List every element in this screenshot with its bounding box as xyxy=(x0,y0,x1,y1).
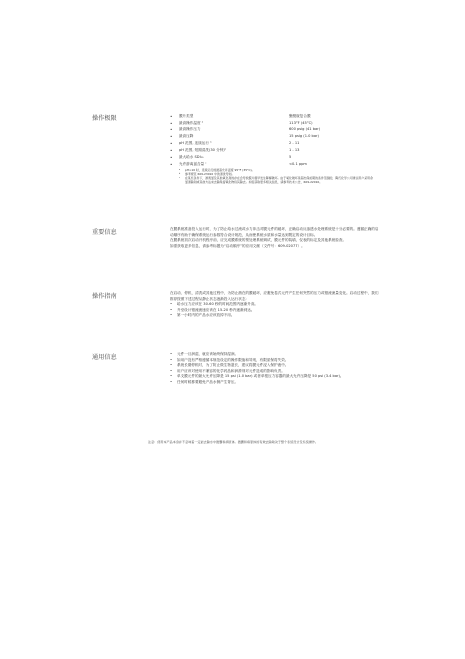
bullet-icon: • xyxy=(170,114,179,120)
spec-table: •膜片类型聚酰胺复合膜 •最高操作温度 ᵃ113°F (45°C) •最高操作压… xyxy=(170,113,382,185)
section-operating-guide: 操作指南 在启动、停机、清洗或其他过程中，为防止潜在的膜破坏，应避免卷式元件产生… xyxy=(92,291,382,341)
footnote-text: 在某些条件下，游离氯及其他氧化剂的存在会导致膜片提早发生降解破坏。由于氧化破坏是… xyxy=(185,176,375,184)
bullet-icon: • xyxy=(170,148,179,154)
bullet-icon: • xyxy=(170,121,179,127)
spec-value: <0.1 ppm xyxy=(289,162,382,168)
bullet-list: •给水压力应该在 30-60 秒的时间范围内逐渐升高。 •升至设计错流流速应该在… xyxy=(170,302,382,319)
spec-row: •膜片类型聚酰胺复合膜 xyxy=(170,113,382,120)
bullet-icon: • xyxy=(170,127,179,133)
section-body: •元件一旦润湿，就应该始终保持湿润。 •如用户没有严格遵循本规范设定的操作限值和… xyxy=(170,352,382,386)
bullet-icon: • xyxy=(170,141,179,147)
section-label: 操作极限 xyxy=(92,113,117,122)
spec-value: 1 - 13 xyxy=(289,148,382,154)
spec-row: •最高压降15 psig (1.0 bar) xyxy=(170,134,382,141)
spec-value: 5 xyxy=(289,155,382,161)
paragraph: 在膜系统准备投入运行时，为了防止给水过流或水力冲击对膜元件的破坏，正确启动反渗透… xyxy=(170,227,382,238)
spec-row: •最高操作温度 ᵃ113°F (45°C) xyxy=(170,120,382,127)
section-body: 在膜系统准备投入运行时，为了防止给水过流或水力冲击对膜元件的破坏，正确启动反渗透… xyxy=(170,227,382,249)
spec-name: 允许游离氯含量 ᶜ xyxy=(179,162,289,168)
list-item-text: 第一小时内的产品水应该放掉不用。 xyxy=(177,313,235,319)
footnote: ᶜ在某些条件下，游离氯及其他氧化剂的存在会导致膜片提早发生降解破坏。由于氧化破坏… xyxy=(170,176,382,184)
section-label: 操作指南 xyxy=(92,291,117,300)
list-item: •任何时候都要避免产品水侧产生背压。 xyxy=(170,380,382,386)
disclaimer-note: 注意：使用本产品本身并不意味着一定能去除水中微囊和病原体。微囊和病原体的有效去除… xyxy=(148,440,380,445)
spec-value: 15 psig (1.0 bar) xyxy=(289,134,382,140)
paragraph: 在启动、停机、清洗或其他过程中，为防止潜在的膜破坏，应避免卷式元件产生任何突然的… xyxy=(170,291,382,302)
section-important-info: 重要信息 在膜系统准备投入运行时，为了防止给水过流或水力冲击对膜元件的破坏，正确… xyxy=(92,227,382,277)
spec-row: •pH 范围, 短期清洗(30 分钟)ᵇ1 - 13 xyxy=(170,147,382,154)
bullet-icon: • xyxy=(170,380,177,386)
section-body: 在启动、停机、清洗或其他过程中，为防止潜在的膜破坏，应避免卷式元件产生任何突然的… xyxy=(170,291,382,319)
bullet-icon: • xyxy=(170,134,179,140)
spec-value: 113°F (45°C) xyxy=(289,121,382,127)
spec-name: pH 范围, 短期清洗(30 分钟)ᵇ xyxy=(179,148,289,154)
section-label: 通用信息 xyxy=(92,352,117,361)
section-operating-limits: 操作极限 •膜片类型聚酰胺复合膜 •最高操作温度 ᵃ113°F (45°C) •… xyxy=(92,113,382,213)
list-item: •第一小时内的产品水应该放掉不用。 xyxy=(170,313,382,319)
spec-name: pH 范围, 连续运行 ᵃ xyxy=(179,141,289,147)
spec-row: •最大给水 SDI₁₅5 xyxy=(170,154,382,161)
bullet-icon: • xyxy=(170,155,179,161)
spec-name: 膜片类型 xyxy=(179,114,289,120)
spec-row: •最高操作压力600 psig (41 bar) xyxy=(170,127,382,134)
spec-value: 2 - 11 xyxy=(289,141,382,147)
spec-name: 最高操作压力 xyxy=(179,127,289,133)
section-label: 重要信息 xyxy=(92,227,117,236)
spec-value: 600 psig (41 bar) xyxy=(289,127,382,133)
bullet-icon: • xyxy=(170,162,179,168)
spec-sheet-page: 操作极限 •膜片类型聚酰胺复合膜 •最高操作温度 ᵃ113°F (45°C) •… xyxy=(0,0,465,659)
spec-name: 最高操作温度 ᵃ xyxy=(179,121,289,127)
list-item-text: 任何时候都要避免产品水侧产生背压。 xyxy=(177,380,238,386)
paragraph: 如需获取更多信息，请参考标题为“启动顺序”的应用文献（文件号：609-02077… xyxy=(170,244,382,250)
spec-value: 聚酰胺复合膜 xyxy=(289,114,382,120)
spec-name: 最高压降 xyxy=(179,134,289,140)
bullet-icon: • xyxy=(170,313,177,319)
section-general-info: 通用信息 •元件一旦润湿，就应该始终保持湿润。 •如用户没有严格遵循本规范设定的… xyxy=(92,352,382,412)
bullet-list: •元件一旦润湿，就应该始终保持湿润。 •如用户没有严格遵循本规范设定的操作限值和… xyxy=(170,352,382,386)
spec-row: •pH 范围, 连续运行 ᵃ2 - 11 xyxy=(170,141,382,148)
spec-name: 最大给水 SDI₁₅ xyxy=(179,155,289,161)
